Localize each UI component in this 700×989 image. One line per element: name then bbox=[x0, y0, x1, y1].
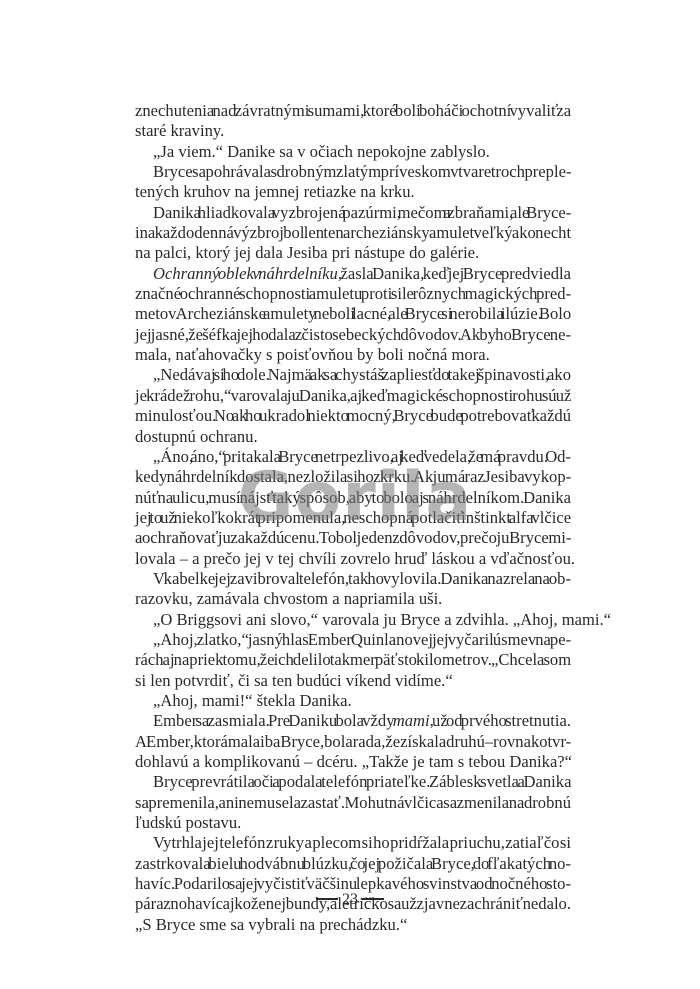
text-segment: sa premenila, ani nemusela zastať. Mohut… bbox=[135, 793, 571, 812]
text-line: ina každodenná výzbroj bol len ten arche… bbox=[135, 223, 571, 243]
text-line: Bryce prevrátila oči a podala telefón pr… bbox=[135, 772, 571, 792]
text-line: jej jasné, že šéfka jej ho dala z čisto … bbox=[135, 325, 571, 345]
body-text: znechutenia nad závratnými sumami, ktoré… bbox=[135, 101, 571, 935]
text-line: minulosťou. No ak ho ukradol niekto mocn… bbox=[135, 406, 571, 426]
text-line: na palci, ktorý jej dala Jesiba pri nást… bbox=[135, 243, 571, 263]
text-segment: , už od prvého stretnutia. bbox=[430, 711, 571, 730]
text-line: „Áno, áno,“ pritakala Bryce netrpezlivo,… bbox=[135, 447, 571, 467]
text-segment: núť na ulicu, musí nájsť taký spôsob, ab… bbox=[135, 488, 571, 507]
text-line: znechutenia nad závratnými sumami, ktoré… bbox=[135, 101, 571, 121]
text-segment: jej to už niekoľkokrát pripomenula, nesc… bbox=[135, 508, 571, 527]
text-line: a ochraňovať ju za každú cenu. To bol je… bbox=[135, 528, 571, 548]
text-line: „S Bryce sme sa vybrali na prechádzku.“ bbox=[135, 915, 571, 935]
text-segment: rách aj napriek tomu, že ich delilo takm… bbox=[135, 650, 571, 669]
text-segment: , žasla Danika, keď jej Bryce predviedla bbox=[338, 264, 571, 283]
text-segment: zastrkovala bielu hodvábnu blúzku, čo je… bbox=[135, 854, 571, 873]
text-segment: „O Briggsovi ani slovo,“ varovala ju Bry… bbox=[153, 610, 611, 629]
text-line: tených kruhov na jemnej retiazke na krku… bbox=[135, 182, 571, 202]
text-segment: staré kraviny. bbox=[135, 121, 224, 140]
text-line: si len potvrdiť, či sa ten budúci víkend… bbox=[135, 671, 571, 691]
text-segment: ľudskú postavu. bbox=[135, 813, 241, 832]
text-segment: jej jasné, že šéfka jej ho dala z čisto … bbox=[135, 325, 571, 344]
text-segment: tených kruhov na jemnej retiazke na krku… bbox=[135, 182, 415, 201]
dash-ornament-left bbox=[316, 898, 338, 900]
text-line: sa premenila, ani nemusela zastať. Mohut… bbox=[135, 793, 571, 813]
text-line: je krádež rohu,“ varovala ju Danika, aj … bbox=[135, 386, 571, 406]
text-segment: ina každodenná výzbroj bol len ten arche… bbox=[135, 223, 571, 242]
text-segment: „Ahoj, mami!“ štekla Danika. bbox=[153, 691, 352, 710]
text-line: staré kraviny. bbox=[135, 121, 571, 141]
text-line: kedy náhrdelník dostala, nezložila si ho… bbox=[135, 467, 571, 487]
text-line: „Ja viem.“ Danike sa v očiach nepokojne … bbox=[135, 142, 571, 162]
text-segment: na palci, ktorý jej dala Jesiba pri nást… bbox=[135, 243, 479, 262]
text-line: ľudskú postavu. bbox=[135, 813, 571, 833]
text-segment: Vytrhla jej telefón z ruky a plecom si h… bbox=[153, 833, 571, 852]
text-segment: dostupnú ochranu. bbox=[135, 427, 258, 446]
page-number: 23 bbox=[342, 891, 358, 908]
text-line: „Ahoj, zlatko,“ jasný hlas Ember Quinlan… bbox=[135, 630, 571, 650]
text-line: „Nedávaj si ho dole. Najmä ak sa chystáš… bbox=[135, 365, 571, 385]
text-segment: lovala – a prečo jej v tej chvíli zovrel… bbox=[135, 549, 575, 568]
text-line: rách aj napriek tomu, že ich delilo takm… bbox=[135, 650, 571, 670]
text-segment: „S Bryce sme sa vybrali na prechádzku.“ bbox=[135, 915, 407, 934]
text-segment: a ochraňovať ju za každú cenu. To bol je… bbox=[135, 528, 571, 547]
text-segment: mala, naťahovačky s poisťovňou by boli n… bbox=[135, 345, 490, 364]
page-number-footer: 23 bbox=[0, 891, 700, 909]
text-line: núť na ulicu, musí nájsť taký spôsob, ab… bbox=[135, 488, 571, 508]
text-segment: Ember sa zasmiala. Pre Daniku bola vždy bbox=[153, 711, 393, 730]
book-page: znechutenia nad závratnými sumami, ktoré… bbox=[0, 0, 700, 989]
text-segment: „Ja viem.“ Danike sa v očiach nepokojne … bbox=[153, 142, 490, 161]
text-segment: znechutenia nad závratnými sumami, ktoré… bbox=[135, 101, 571, 120]
text-line: dohlavú a komplikovanú – dcéru. „Takže j… bbox=[135, 752, 571, 772]
text-segment: minulosťou. No ak ho ukradol niekto mocn… bbox=[135, 406, 571, 425]
text-line: „Ahoj, mami!“ štekla Danika. bbox=[135, 691, 571, 711]
text-line: jej to už niekoľkokrát pripomenula, nesc… bbox=[135, 508, 571, 528]
text-segment: razovku, zamávala chvostom a napriamila … bbox=[135, 589, 442, 608]
text-line: razovku, zamávala chvostom a napriamila … bbox=[135, 589, 571, 609]
text-line: zastrkovala bielu hodvábnu blúzku, čo je… bbox=[135, 854, 571, 874]
text-segment: „Ahoj, zlatko,“ jasný hlas Ember Quinlan… bbox=[153, 630, 571, 649]
text-segment: Bryce sa pohrávala s drobným zlatým prív… bbox=[153, 162, 571, 181]
text-line: „O Briggsovi ani slovo,“ varovala ju Bry… bbox=[135, 610, 571, 630]
text-line: metov. Archeziánske amulety neboli lacné… bbox=[135, 304, 571, 324]
dash-ornament-right bbox=[362, 898, 384, 900]
text-segment: dohlavú a komplikovanú – dcéru. „Takže j… bbox=[135, 752, 572, 771]
text-line: Ember sa zasmiala. Pre Daniku bola vždy … bbox=[135, 711, 571, 731]
text-line: mala, naťahovačky s poisťovňou by boli n… bbox=[135, 345, 571, 365]
text-segment: „Áno, áno,“ pritakala Bryce netrpezlivo,… bbox=[153, 447, 571, 466]
text-line: lovala – a prečo jej v tej chvíli zovrel… bbox=[135, 549, 571, 569]
text-segment: je krádež rohu,“ varovala ju Danika, aj … bbox=[135, 386, 571, 405]
text-segment: V kabelke jej zavibroval telefón, tak ho… bbox=[153, 569, 571, 588]
text-segment: „Nedávaj si ho dole. Najmä ak sa chystáš… bbox=[153, 365, 571, 384]
text-segment: značné ochranné schopnosti amuletu proti… bbox=[135, 284, 571, 303]
text-segment: si len potvrdiť, či sa ten budúci víkend… bbox=[135, 671, 453, 690]
text-segment: kedy náhrdelník dostala, nezložila si ho… bbox=[135, 467, 571, 486]
italic-text: Ochranný oblek v náhrdelníku bbox=[153, 264, 338, 283]
text-line: Ochranný oblek v náhrdelníku, žasla Dani… bbox=[135, 264, 571, 284]
italic-text: mami bbox=[393, 711, 430, 730]
text-line: Vytrhla jej telefón z ruky a plecom si h… bbox=[135, 833, 571, 853]
text-segment: metov. Archeziánske amulety neboli lacné… bbox=[135, 304, 571, 323]
text-line: Bryce sa pohrávala s drobným zlatým prív… bbox=[135, 162, 571, 182]
text-line: A Ember, ktorá mala iba Bryce, bola rada… bbox=[135, 732, 571, 752]
text-line: Danika hliadkovala vyzbrojená pazúrmi, m… bbox=[135, 203, 571, 223]
text-segment: Bryce prevrátila oči a podala telefón pr… bbox=[153, 772, 571, 791]
text-line: V kabelke jej zavibroval telefón, tak ho… bbox=[135, 569, 571, 589]
text-segment: A Ember, ktorá mala iba Bryce, bola rada… bbox=[135, 732, 571, 751]
text-line: dostupnú ochranu. bbox=[135, 427, 571, 447]
text-segment: Danika hliadkovala vyzbrojená pazúrmi, m… bbox=[153, 203, 571, 222]
text-line: značné ochranné schopnosti amuletu proti… bbox=[135, 284, 571, 304]
